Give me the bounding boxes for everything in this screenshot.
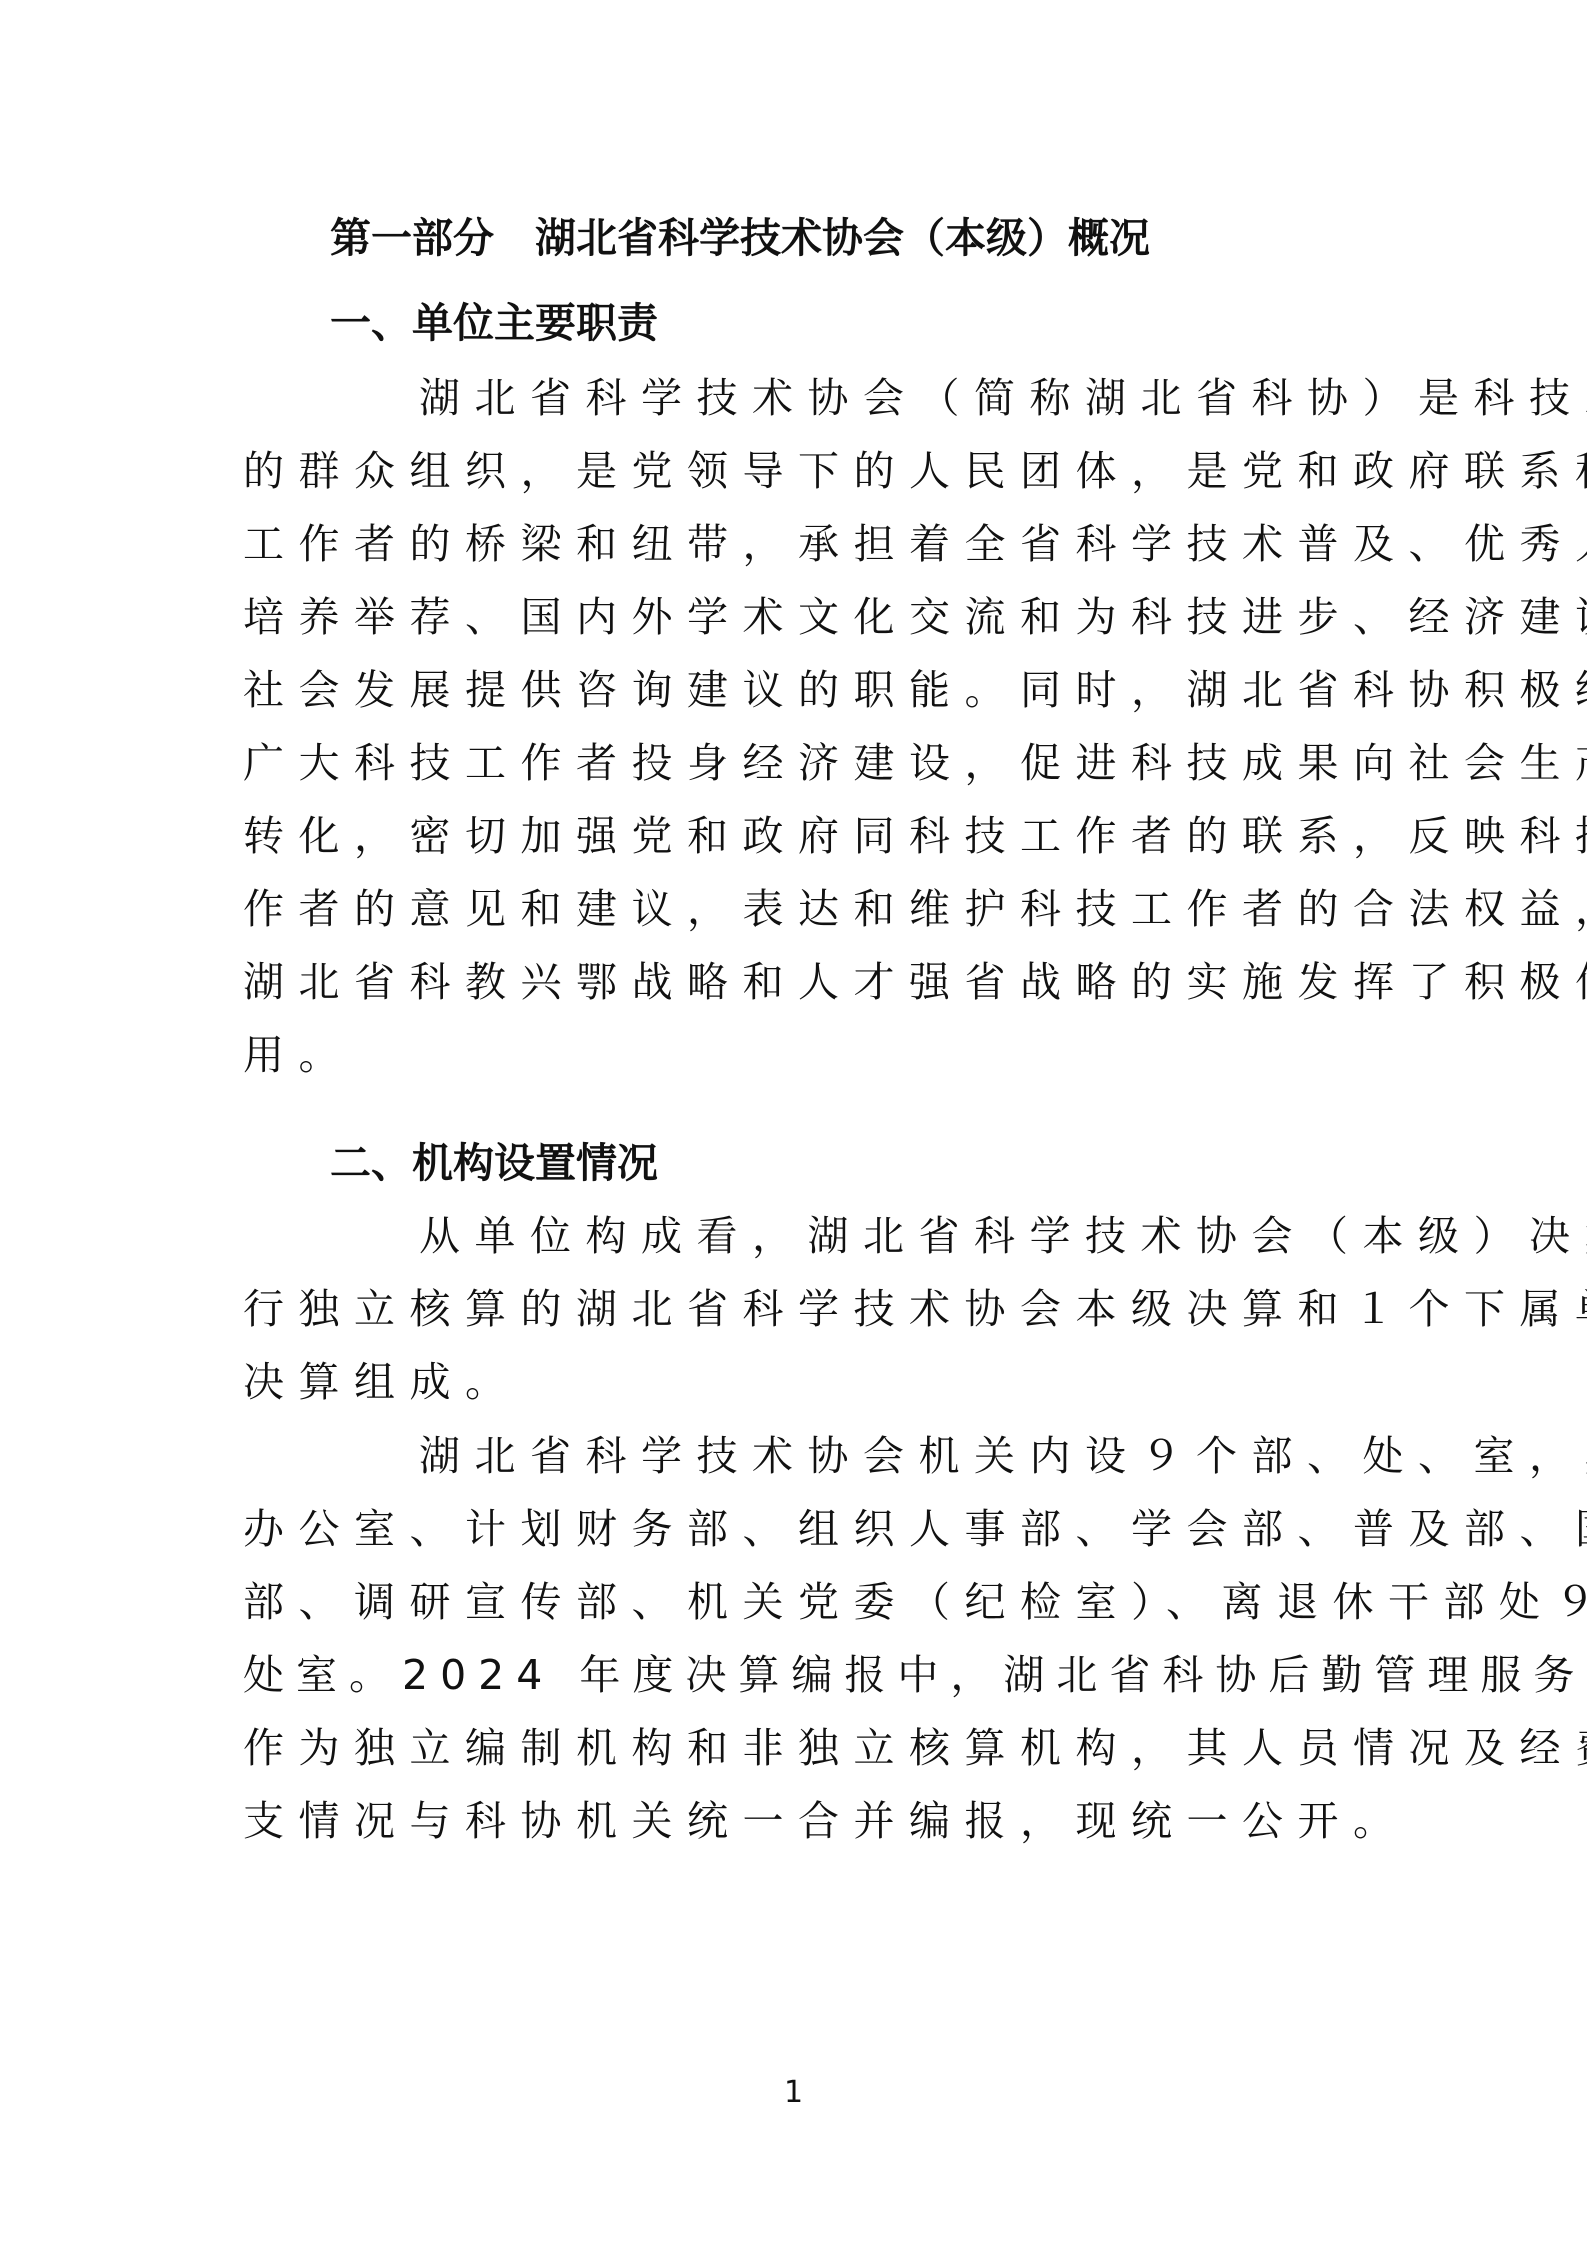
text-line: 湖北省科学技术协会（简称湖北省科协）是科技工作者 [243, 362, 1353, 435]
text-line: 决算组成。 [243, 1346, 1353, 1419]
text-line: 部、调研宣传部、机关党委（纪检室）、离退休干部处９个 [243, 1566, 1353, 1639]
text-line: 工作者的桥梁和纽带，承担着全省科学技术普及、优秀人才 [243, 508, 1353, 581]
text-line: 湖北省科学技术协会机关内设９个部、处、室，具体为： [243, 1420, 1353, 1493]
text-line: 从单位构成看，湖北省科学技术协会（本级）决算由实 [243, 1200, 1353, 1273]
text-line: 社会发展提供咨询建议的职能。同时，湖北省科协积极组织 [243, 654, 1353, 727]
part-title: 第一部分 湖北省科学技术协会（本级）概况 [330, 205, 1150, 264]
text-line: 的群众组织，是党领导下的人民团体，是党和政府联系科技 [243, 435, 1353, 508]
text-line: 处室。2024 年度决算编报中，湖北省科协后勤管理服务中心 [243, 1639, 1353, 1712]
paragraph-duties: 湖北省科学技术协会（简称湖北省科协）是科技工作者 的群众组织，是党领导下的人民团… [243, 362, 1353, 1092]
text-line: 作者的意见和建议，表达和维护科技工作者的合法权益，为 [243, 873, 1353, 946]
text-line: 转化，密切加强党和政府同科技工作者的联系，反映科技工 [243, 800, 1353, 873]
text-line: 支情况与科协机关统一合并编报，现统一公开。 [243, 1785, 1353, 1858]
text-line: 作为独立编制机构和非独立核算机构，其人员情况及经费收 [243, 1712, 1353, 1785]
text-line: 培养举荐、国内外学术文化交流和为科技进步、经济建设和 [243, 581, 1353, 654]
paragraph-composition: 从单位构成看，湖北省科学技术协会（本级）决算由实 行独立核算的湖北省科学技术协会… [243, 1200, 1353, 1419]
text-line: 广大科技工作者投身经济建设，促进科技成果向社会生产力 [243, 727, 1353, 800]
text-line: 行独立核算的湖北省科学技术协会本级决算和１个下属单位 [243, 1273, 1353, 1346]
text-line: 用。 [243, 1019, 1353, 1092]
page-number: 1 [0, 2075, 1587, 2110]
section-heading-organization: 二、机构设置情况 [330, 1130, 658, 1189]
section-heading-duties: 一、单位主要职责 [330, 290, 658, 349]
document-page: 第一部分 湖北省科学技术协会（本级）概况 一、单位主要职责 湖北省科学技术协会（… [0, 0, 1587, 2245]
text-line: 湖北省科教兴鄂战略和人才强省战略的实施发挥了积极作 [243, 946, 1353, 1019]
paragraph-departments: 湖北省科学技术协会机关内设９个部、处、室，具体为： 办公室、计划财务部、组织人事… [243, 1420, 1353, 1858]
text-line: 办公室、计划财务部、组织人事部、学会部、普及部、国际 [243, 1493, 1353, 1566]
